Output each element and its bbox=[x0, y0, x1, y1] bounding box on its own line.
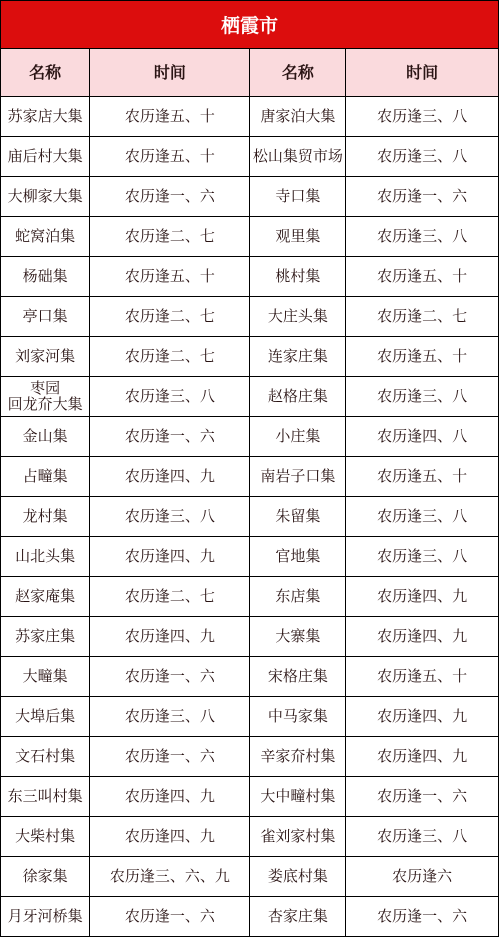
table-row: 龙村集农历逢三、八朱留集农历逢三、八 bbox=[1, 496, 498, 536]
table-row: 大疃集农历逢一、六宋格庄集农历逢五、十 bbox=[1, 656, 498, 696]
market-time-cell: 农历逢一、六 bbox=[346, 776, 498, 816]
market-time-cell: 农历逢四、九 bbox=[346, 616, 498, 656]
market-name-cell: 苏家店大集 bbox=[1, 96, 90, 136]
market-name-cell: 大寨集 bbox=[250, 616, 346, 656]
market-time-cell: 农历逢四、九 bbox=[346, 576, 498, 616]
table-row: 山北头集农历逢四、九官地集农历逢三、八 bbox=[1, 536, 498, 576]
table-row: 月牙河桥集农历逢一、六杏家庄集农历逢一、六 bbox=[1, 896, 498, 936]
table-row: 苏家店大集农历逢五、十唐家泊大集农历逢三、八 bbox=[1, 96, 498, 136]
market-name-cell: 徐家集 bbox=[1, 856, 90, 896]
market-time-cell: 农历逢六 bbox=[346, 856, 498, 896]
market-name-cell: 枣园回龙夼大集 bbox=[1, 376, 90, 416]
market-name-cell: 山北头集 bbox=[1, 536, 90, 576]
table-row: 金山集农历逢一、六小庄集农历逢四、八 bbox=[1, 416, 498, 456]
market-name-cell: 东三叫村集 bbox=[1, 776, 90, 816]
market-time-cell: 农历逢四、八 bbox=[346, 416, 498, 456]
table-row: 大柳家大集农历逢一、六寺口集农历逢一、六 bbox=[1, 176, 498, 216]
market-time-cell: 农历逢三、八 bbox=[346, 136, 498, 176]
market-time-cell: 农历逢一、六 bbox=[346, 896, 498, 936]
market-time-cell: 农历逢一、六 bbox=[90, 416, 250, 456]
market-time-cell: 农历逢三、八 bbox=[90, 496, 250, 536]
table-row: 赵家庵集农历逢二、七东店集农历逢四、九 bbox=[1, 576, 498, 616]
header-time-1: 时间 bbox=[90, 49, 250, 96]
market-name-cell: 观里集 bbox=[250, 216, 346, 256]
table-row: 蛇窝泊集农历逢二、七观里集农历逢三、八 bbox=[1, 216, 498, 256]
header-name-1: 名称 bbox=[1, 49, 90, 96]
market-time-cell: 农历逢五、十 bbox=[346, 456, 498, 496]
market-time-cell: 农历逢四、九 bbox=[90, 776, 250, 816]
table-row: 大柴村集农历逢四、九雀刘家村集农历逢三、八 bbox=[1, 816, 498, 856]
table-row: 杨础集农历逢五、十桃村集农历逢五、十 bbox=[1, 256, 498, 296]
market-time-cell: 农历逢二、七 bbox=[90, 576, 250, 616]
market-time-cell: 农历逢一、六 bbox=[90, 176, 250, 216]
market-name-cell: 苏家庄集 bbox=[1, 616, 90, 656]
market-name-cell: 雀刘家村集 bbox=[250, 816, 346, 856]
market-name-cell: 赵家庵集 bbox=[1, 576, 90, 616]
market-time-cell: 农历逢一、六 bbox=[90, 896, 250, 936]
market-name-cell: 赵格庄集 bbox=[250, 376, 346, 416]
market-time-cell: 农历逢四、九 bbox=[346, 736, 498, 776]
market-name-cell: 小庄集 bbox=[250, 416, 346, 456]
market-time-cell: 农历逢一、六 bbox=[90, 736, 250, 776]
market-name-cell: 龙村集 bbox=[1, 496, 90, 536]
market-name-cell: 庙后村大集 bbox=[1, 136, 90, 176]
market-time-cell: 农历逢二、七 bbox=[90, 336, 250, 376]
market-name-cell: 大柴村集 bbox=[1, 816, 90, 856]
table-row: 枣园回龙夼大集农历逢三、八赵格庄集农历逢三、八 bbox=[1, 376, 498, 416]
market-name-cell: 亭口集 bbox=[1, 296, 90, 336]
market-name-cell: 金山集 bbox=[1, 416, 90, 456]
market-time-cell: 农历逢二、七 bbox=[346, 296, 498, 336]
market-name-cell: 杏家庄集 bbox=[250, 896, 346, 936]
market-name-cell: 文石村集 bbox=[1, 736, 90, 776]
market-time-cell: 农历逢一、六 bbox=[346, 176, 498, 216]
table-row: 苏家庄集农历逢四、九大寨集农历逢四、九 bbox=[1, 616, 498, 656]
market-time-cell: 农历逢三、八 bbox=[90, 696, 250, 736]
market-name-cell: 东店集 bbox=[250, 576, 346, 616]
header-time-2: 时间 bbox=[346, 49, 498, 96]
market-name-cell: 娄底村集 bbox=[250, 856, 346, 896]
market-name-cell: 刘家河集 bbox=[1, 336, 90, 376]
market-name-cell: 辛家夼村集 bbox=[250, 736, 346, 776]
market-time-cell: 农历逢二、七 bbox=[90, 216, 250, 256]
market-name-cell: 桃村集 bbox=[250, 256, 346, 296]
market-time-cell: 农历逢五、十 bbox=[90, 256, 250, 296]
header-row: 名称 时间 名称 时间 bbox=[1, 49, 498, 96]
table-row: 庙后村大集农历逢五、十松山集贸市场农历逢三、八 bbox=[1, 136, 498, 176]
market-time-cell: 农历逢四、九 bbox=[90, 616, 250, 656]
market-time-cell: 农历逢二、七 bbox=[90, 296, 250, 336]
market-name-cell: 唐家泊大集 bbox=[250, 96, 346, 136]
market-name-cell: 官地集 bbox=[250, 536, 346, 576]
market-time-cell: 农历逢四、九 bbox=[90, 456, 250, 496]
market-name-cell: 大柳家大集 bbox=[1, 176, 90, 216]
market-time-cell: 农历逢三、六、九 bbox=[90, 856, 250, 896]
market-time-cell: 农历逢三、八 bbox=[346, 536, 498, 576]
market-name-cell: 大埠后集 bbox=[1, 696, 90, 736]
market-name-cell: 朱留集 bbox=[250, 496, 346, 536]
market-schedule-table: 名称 时间 名称 时间 苏家店大集农历逢五、十唐家泊大集农历逢三、八庙后村大集农… bbox=[1, 49, 498, 936]
market-time-cell: 农历逢一、六 bbox=[90, 656, 250, 696]
table-row: 刘家河集农历逢二、七连家庄集农历逢五、十 bbox=[1, 336, 498, 376]
market-time-cell: 农历逢三、八 bbox=[90, 376, 250, 416]
market-name-cell: 大中疃村集 bbox=[250, 776, 346, 816]
table-row: 大埠后集农历逢三、八中马家集农历逢四、九 bbox=[1, 696, 498, 736]
market-time-cell: 农历逢四、九 bbox=[90, 536, 250, 576]
market-name-cell: 宋格庄集 bbox=[250, 656, 346, 696]
market-name-cell: 月牙河桥集 bbox=[1, 896, 90, 936]
market-name-cell: 蛇窝泊集 bbox=[1, 216, 90, 256]
table-title: 栖霞市 bbox=[1, 1, 498, 49]
market-name-cell: 连家庄集 bbox=[250, 336, 346, 376]
table-row: 占疃集农历逢四、九南岩子口集农历逢五、十 bbox=[1, 456, 498, 496]
market-name-cell: 南岩子口集 bbox=[250, 456, 346, 496]
header-name-2: 名称 bbox=[250, 49, 346, 96]
market-time-cell: 农历逢四、九 bbox=[346, 696, 498, 736]
market-name-cell: 中马家集 bbox=[250, 696, 346, 736]
market-time-cell: 农历逢三、八 bbox=[346, 96, 498, 136]
table-row: 徐家集农历逢三、六、九娄底村集农历逢六 bbox=[1, 856, 498, 896]
table-row: 东三叫村集农历逢四、九大中疃村集农历逢一、六 bbox=[1, 776, 498, 816]
market-name-cell: 大疃集 bbox=[1, 656, 90, 696]
table-row: 文石村集农历逢一、六辛家夼村集农历逢四、九 bbox=[1, 736, 498, 776]
market-time-cell: 农历逢五、十 bbox=[90, 96, 250, 136]
market-name-cell: 占疃集 bbox=[1, 456, 90, 496]
market-time-cell: 农历逢三、八 bbox=[346, 376, 498, 416]
market-time-cell: 农历逢五、十 bbox=[346, 656, 498, 696]
market-time-cell: 农历逢五、十 bbox=[346, 336, 498, 376]
market-time-cell: 农历逢四、九 bbox=[90, 816, 250, 856]
market-name-cell: 大庄头集 bbox=[250, 296, 346, 336]
table-body: 苏家店大集农历逢五、十唐家泊大集农历逢三、八庙后村大集农历逢五、十松山集贸市场农… bbox=[1, 96, 498, 936]
market-time-cell: 农历逢三、八 bbox=[346, 216, 498, 256]
market-time-cell: 农历逢五、十 bbox=[90, 136, 250, 176]
table-row: 亭口集农历逢二、七大庄头集农历逢二、七 bbox=[1, 296, 498, 336]
market-name-cell: 松山集贸市场 bbox=[250, 136, 346, 176]
market-time-cell: 农历逢三、八 bbox=[346, 496, 498, 536]
market-name-cell: 杨础集 bbox=[1, 256, 90, 296]
market-time-cell: 农历逢五、十 bbox=[346, 256, 498, 296]
market-time-cell: 农历逢三、八 bbox=[346, 816, 498, 856]
market-name-cell: 寺口集 bbox=[250, 176, 346, 216]
market-schedule-table-container: 栖霞市 名称 时间 名称 时间 苏家店大集农历逢五、十唐家泊大集农历逢三、八庙后… bbox=[0, 0, 499, 937]
